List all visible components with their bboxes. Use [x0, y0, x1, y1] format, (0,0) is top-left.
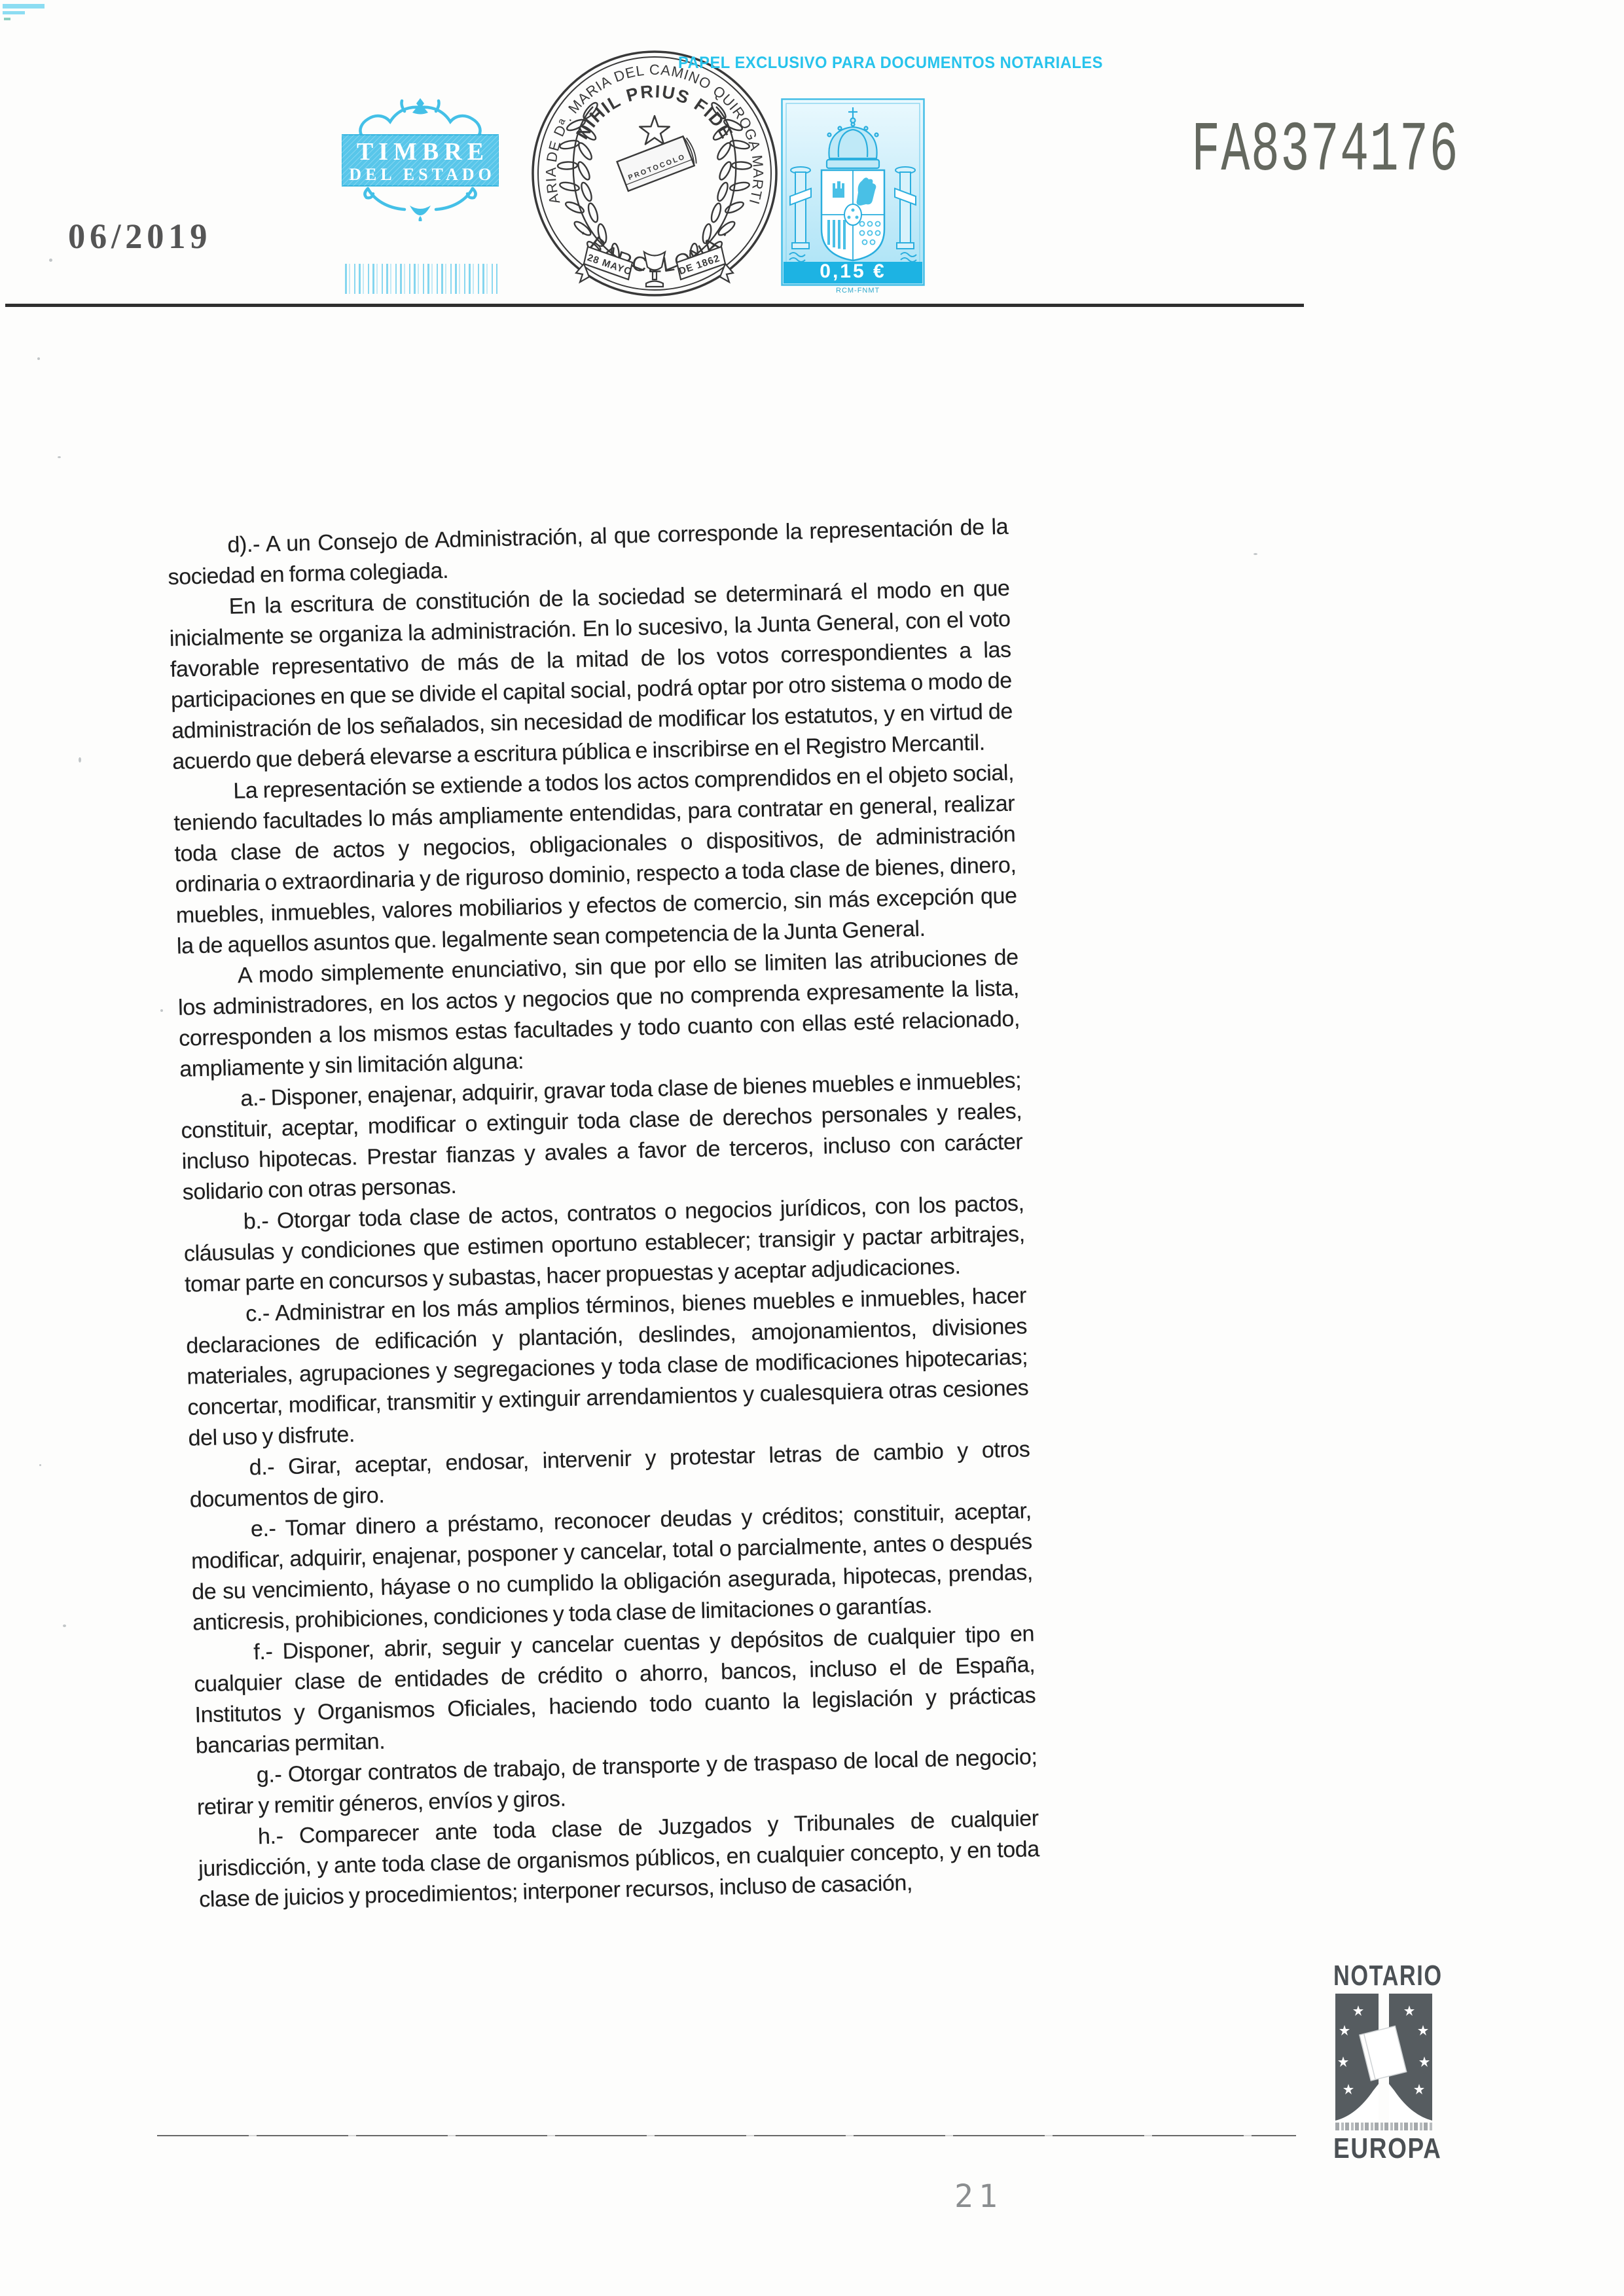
- page-number: 21: [954, 2178, 1003, 2215]
- paragraph: A modo simplemente enunciativo, sin que …: [177, 942, 1021, 1085]
- notario-europa-logo-bottom-label: EUROPA: [1333, 2132, 1419, 2165]
- notario-europa-logo-top-label: NOTARIO: [1333, 1960, 1413, 1992]
- scan-artifact: [37, 357, 40, 360]
- paper-notice: PAPEL EXCLUSIVO PARA DOCUMENTOS NOTARIAL…: [678, 54, 1103, 73]
- scan-artifact: [49, 259, 52, 262]
- timbre-text-line2: DEL ESTADO: [349, 165, 496, 184]
- notario-europa-logo-icon: [1335, 1994, 1432, 2121]
- security-barcode: [345, 264, 497, 294]
- scanned-notarial-page: 06/2019 TIMBRE DEL ESTADO: [0, 0, 1624, 2296]
- paragraph: h.- Comparecer ante toda clase de Juzgad…: [198, 1803, 1041, 1915]
- euro-tax-stamp: 0,15 €: [781, 98, 925, 286]
- notary-seal: NOTARIA DE Dª. MARIA DEL CAMINO QUIROGA …: [530, 49, 779, 298]
- document-text: d).- A un Consejo de Administración, al …: [167, 512, 1040, 1916]
- timbre-text-line1: TIMBRE: [357, 138, 489, 166]
- scan-artifact: [63, 1624, 66, 1627]
- shield-icon: [821, 170, 884, 260]
- scan-artifact: [160, 1009, 163, 1012]
- logo-microtext: [1335, 2123, 1432, 2130]
- stamp-value: 0,15 €: [820, 260, 886, 282]
- scan-artifact: [1254, 553, 1257, 555]
- paragraph: a.- Disponer, enajenar, adquirir, gravar…: [180, 1065, 1024, 1208]
- footer-divider: [157, 2135, 1296, 2136]
- scan-artifact: [3, 4, 45, 9]
- paragraph: La representación se extiende a todos lo…: [173, 758, 1018, 962]
- header-divider: [5, 304, 1304, 307]
- seal-protocol-book: PROTOCOLO: [617, 135, 699, 191]
- serial-number: FA8374176: [1191, 111, 1459, 191]
- paragraph: f.- Disponer, abrir, seguir y cancelar c…: [193, 1619, 1037, 1761]
- timbre-bottom-drop: [410, 206, 431, 221]
- timbre-bottom-flourish: [365, 188, 475, 209]
- scan-artifact: [79, 757, 81, 762]
- paragraph: En la escritura de constitución de la so…: [168, 573, 1013, 778]
- scan-artifact: [39, 1464, 41, 1466]
- scan-artifact: [4, 18, 10, 20]
- timbre-del-estado-stamp: TIMBRE DEL ESTADO: [342, 97, 499, 221]
- seal-star-icon: [640, 116, 670, 144]
- paragraph: e.- Tomar dinero a préstamo, reconocer d…: [190, 1496, 1034, 1638]
- mint-mark: RCM-FNMT: [836, 287, 880, 295]
- date-stamp: 06/2019: [68, 216, 211, 257]
- paragraph: c.- Administrar en los más amplios térmi…: [185, 1280, 1030, 1454]
- scan-artifact: [58, 456, 61, 458]
- scan-artifact: [3, 11, 25, 14]
